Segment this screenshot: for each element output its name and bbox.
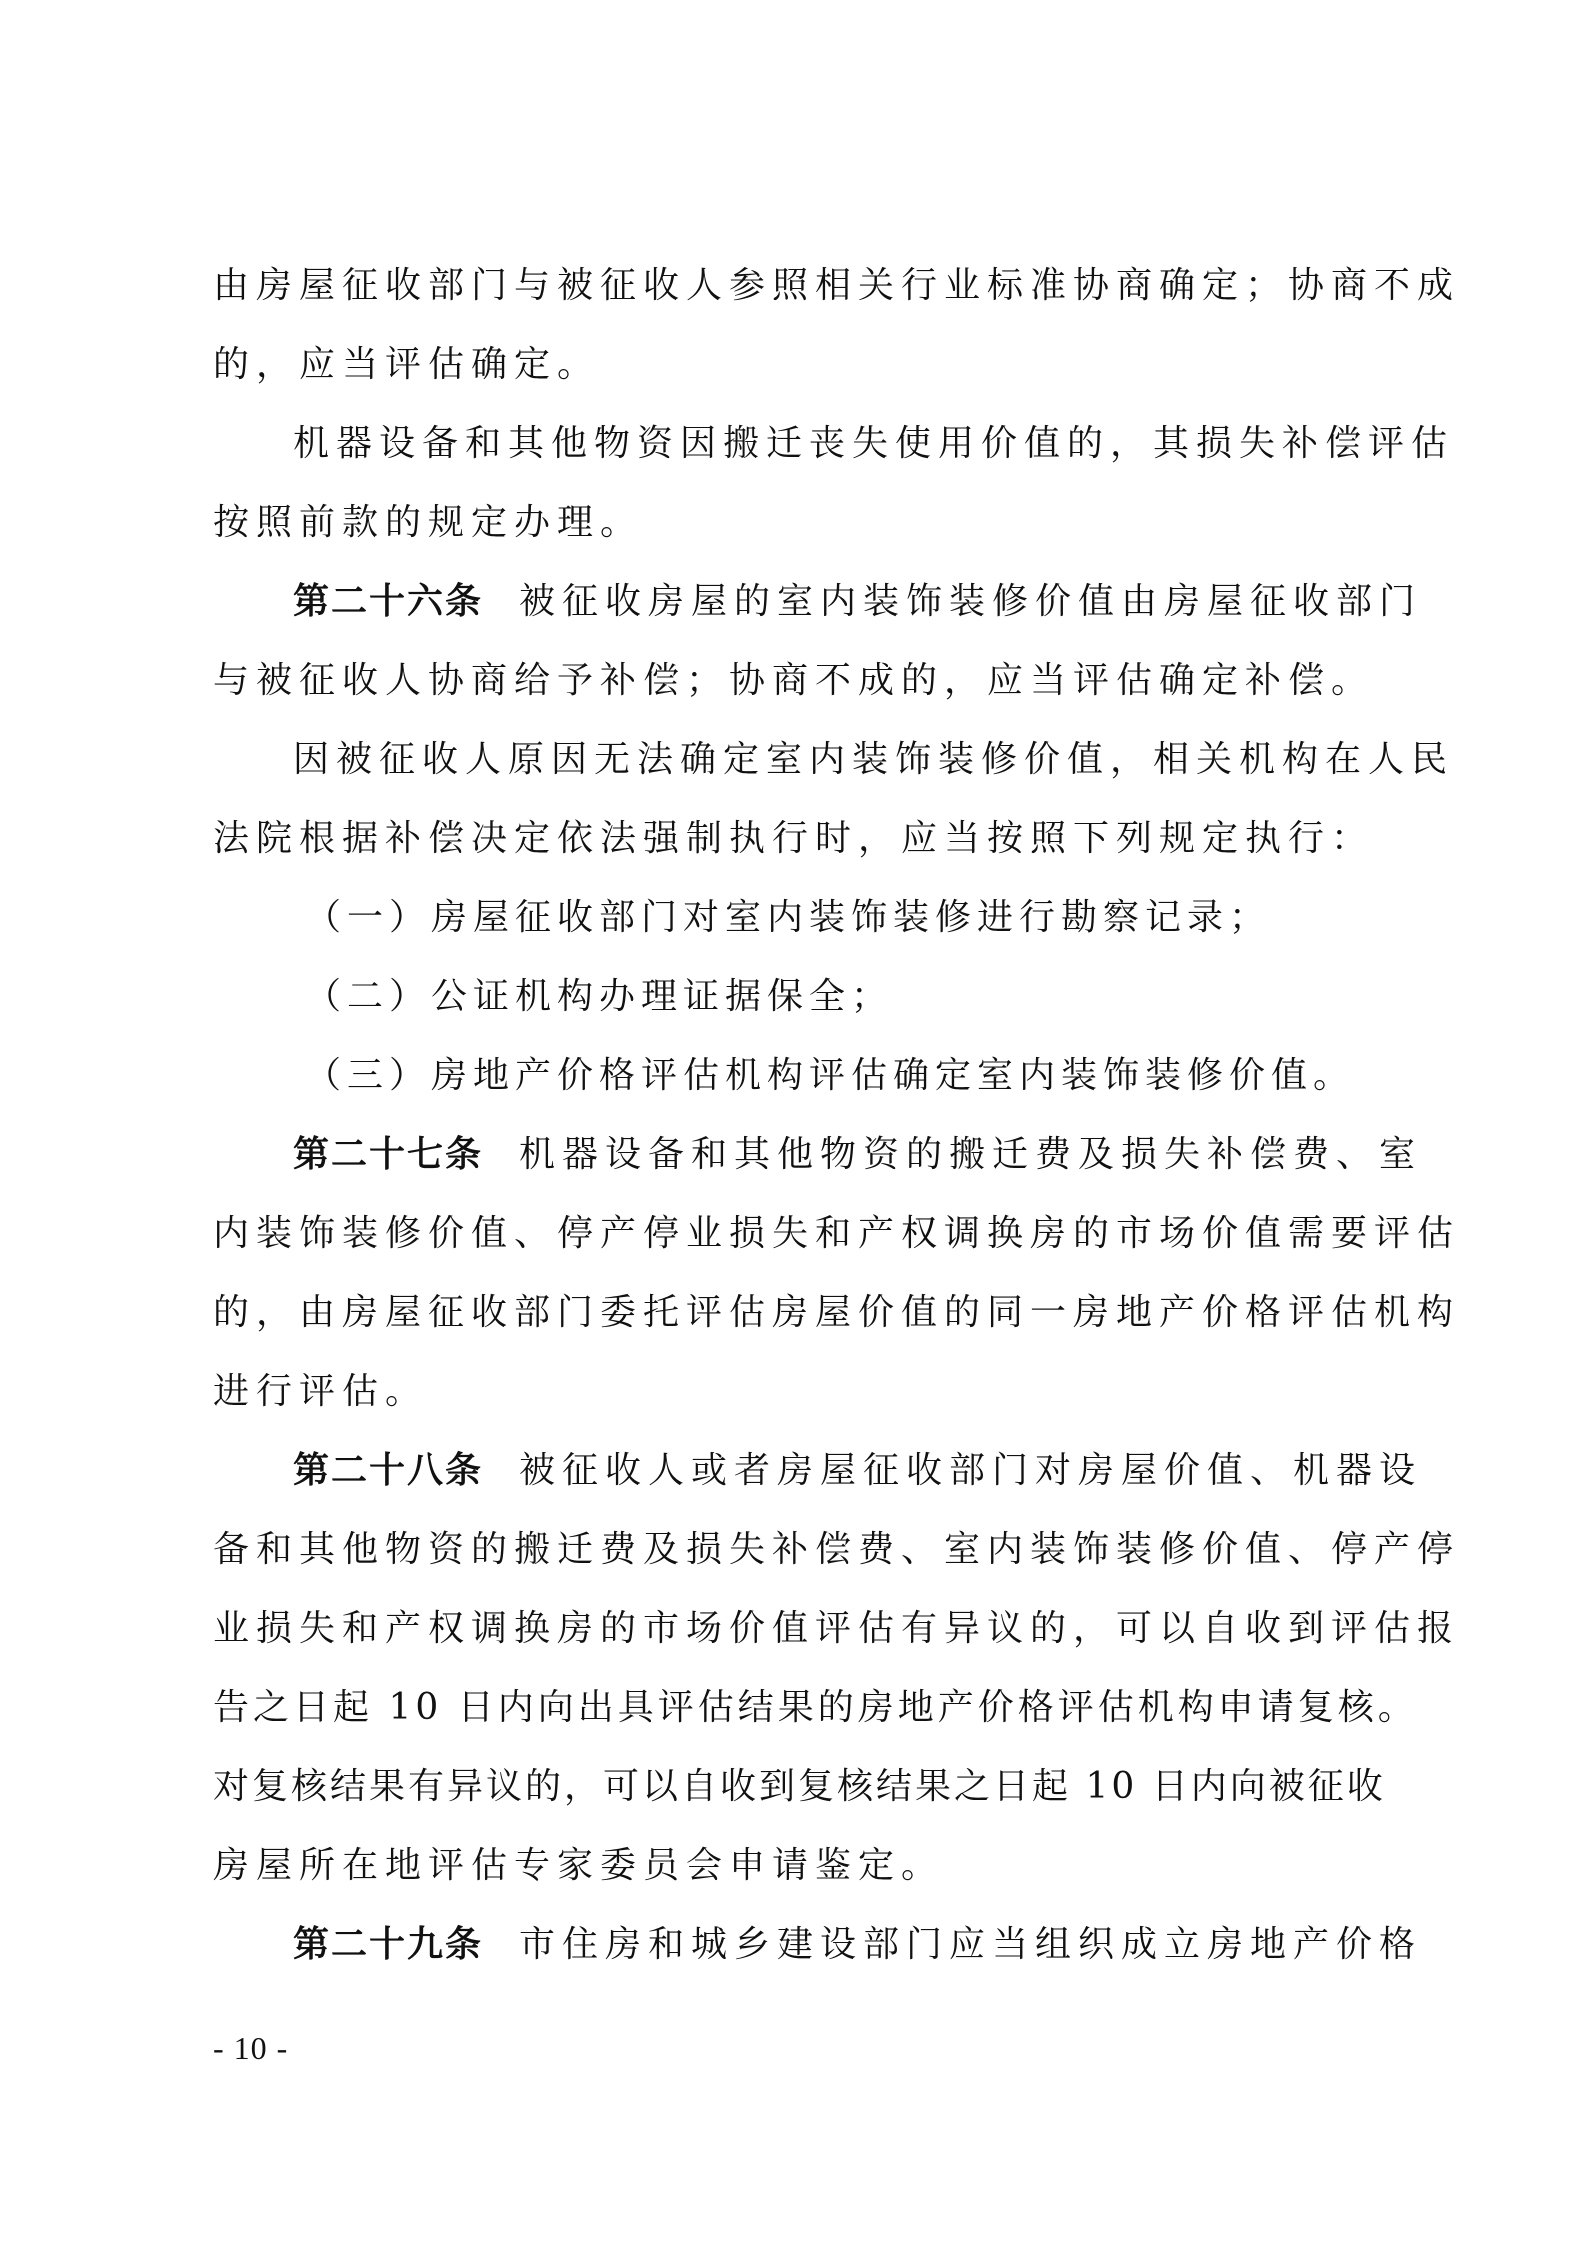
paragraph-start: 因被征收人原因无法确定室内装饰装修价值，相关机构在人民 bbox=[213, 720, 1378, 799]
body-line: 按照前款的规定办理。 bbox=[213, 483, 1378, 562]
page-number: - 10 - bbox=[213, 2030, 288, 2067]
paragraph-start: 机器设备和其他物资因搬迁丧失使用价值的，其损失补偿评估 bbox=[213, 404, 1378, 483]
line-text: 机器设备和其他物资因搬迁丧失使用价值的，其损失补偿评估 bbox=[293, 423, 1454, 464]
body-line: 房屋所在地评估专家委员会申请鉴定。 bbox=[213, 1826, 1378, 1905]
document-page: 由房屋征收部门与被征收人参照相关行业标准协商确定；协商不成 的，应当评估确定。 … bbox=[213, 246, 1378, 1984]
article-title: 第二十八条 bbox=[293, 1450, 483, 1491]
line-text: 的，应当评估确定。 bbox=[213, 344, 600, 385]
line-text: 按照前款的规定办理。 bbox=[213, 502, 643, 543]
line-text: 被征收人或者房屋征收部门对房屋价值、机器设 bbox=[519, 1450, 1422, 1491]
line-text: 与被征收人协商给予补偿；协商不成的，应当评估确定补偿。 bbox=[213, 660, 1374, 701]
line-text: 告之日起 10 日内向出具评估结果的房地产价格评估机构申请复核。 bbox=[213, 1687, 1418, 1728]
body-line: 备和其他物资的搬迁费及损失补偿费、室内装饰装修价值、停产停 bbox=[213, 1510, 1378, 1589]
article-title: 第二十七条 bbox=[293, 1134, 483, 1175]
list-item: （一）房屋征收部门对室内装饰装修进行勘察记录； bbox=[213, 878, 1378, 957]
line-text: 因被征收人原因无法确定室内装饰装修价值，相关机构在人民 bbox=[293, 739, 1454, 780]
line-text: 市住房和城乡建设部门应当组织成立房地产价格 bbox=[519, 1924, 1422, 1965]
article-26: 第二十六条被征收房屋的室内装饰装修价值由房屋征收部门 bbox=[213, 562, 1378, 641]
line-text: （一）房屋征收部门对室内装饰装修进行勘察记录； bbox=[305, 897, 1271, 938]
article-title: 第二十九条 bbox=[293, 1924, 483, 1965]
body-line: 的，由房屋征收部门委托评估房屋价值的同一房地产价格评估机构 bbox=[213, 1273, 1378, 1352]
body-line: 业损失和产权调换房的市场价值评估有异议的，可以自收到评估报 bbox=[213, 1589, 1378, 1668]
article-27: 第二十七条机器设备和其他物资的搬迁费及损失补偿费、室 bbox=[213, 1115, 1378, 1194]
line-text: 由房屋征收部门与被征收人参照相关行业标准协商确定；协商不成 bbox=[213, 265, 1460, 306]
line-text: 被征收房屋的室内装饰装修价值由房屋征收部门 bbox=[519, 581, 1422, 622]
line-text: 业损失和产权调换房的市场价值评估有异议的，可以自收到评估报 bbox=[213, 1608, 1460, 1649]
line-text: 法院根据补偿决定依法强制执行时，应当按照下列规定执行： bbox=[213, 818, 1374, 859]
line-text: 的，由房屋征收部门委托评估房屋价值的同一房地产价格评估机构 bbox=[213, 1292, 1460, 1333]
line-text: （三）房地产价格评估机构评估确定室内装饰装修价值。 bbox=[305, 1055, 1355, 1096]
line-text: 房屋所在地评估专家委员会申请鉴定。 bbox=[213, 1845, 944, 1886]
list-item: （三）房地产价格评估机构评估确定室内装饰装修价值。 bbox=[213, 1036, 1378, 1115]
article-29: 第二十九条市住房和城乡建设部门应当组织成立房地产价格 bbox=[213, 1905, 1378, 1984]
body-line: 内装饰装修价值、停产停业损失和产权调换房的市场价值需要评估 bbox=[213, 1194, 1378, 1273]
body-line: 法院根据补偿决定依法强制执行时，应当按照下列规定执行： bbox=[213, 799, 1378, 878]
body-line: 与被征收人协商给予补偿；协商不成的，应当评估确定补偿。 bbox=[213, 641, 1378, 720]
line-text: 机器设备和其他物资的搬迁费及损失补偿费、室 bbox=[519, 1134, 1422, 1175]
body-line: 告之日起 10 日内向出具评估结果的房地产价格评估机构申请复核。 bbox=[213, 1668, 1378, 1747]
line-text: 对复核结果有异议的，可以自收到复核结果之日起 10 日内向被征收 bbox=[213, 1766, 1386, 1807]
line-text: 内装饰装修价值、停产停业损失和产权调换房的市场价值需要评估 bbox=[213, 1213, 1460, 1254]
line-text: （二）公证机构办理证据保全； bbox=[305, 976, 893, 1017]
list-item: （二）公证机构办理证据保全； bbox=[213, 957, 1378, 1036]
article-28: 第二十八条被征收人或者房屋征收部门对房屋价值、机器设 bbox=[213, 1431, 1378, 1510]
body-line: 进行评估。 bbox=[213, 1352, 1378, 1431]
body-line: 对复核结果有异议的，可以自收到复核结果之日起 10 日内向被征收 bbox=[213, 1747, 1378, 1826]
body-line: 的，应当评估确定。 bbox=[213, 325, 1378, 404]
line-text: 备和其他物资的搬迁费及损失补偿费、室内装饰装修价值、停产停 bbox=[213, 1529, 1460, 1570]
body-line: 由房屋征收部门与被征收人参照相关行业标准协商确定；协商不成 bbox=[213, 246, 1378, 325]
article-title: 第二十六条 bbox=[293, 581, 483, 622]
line-text: 进行评估。 bbox=[213, 1371, 428, 1412]
